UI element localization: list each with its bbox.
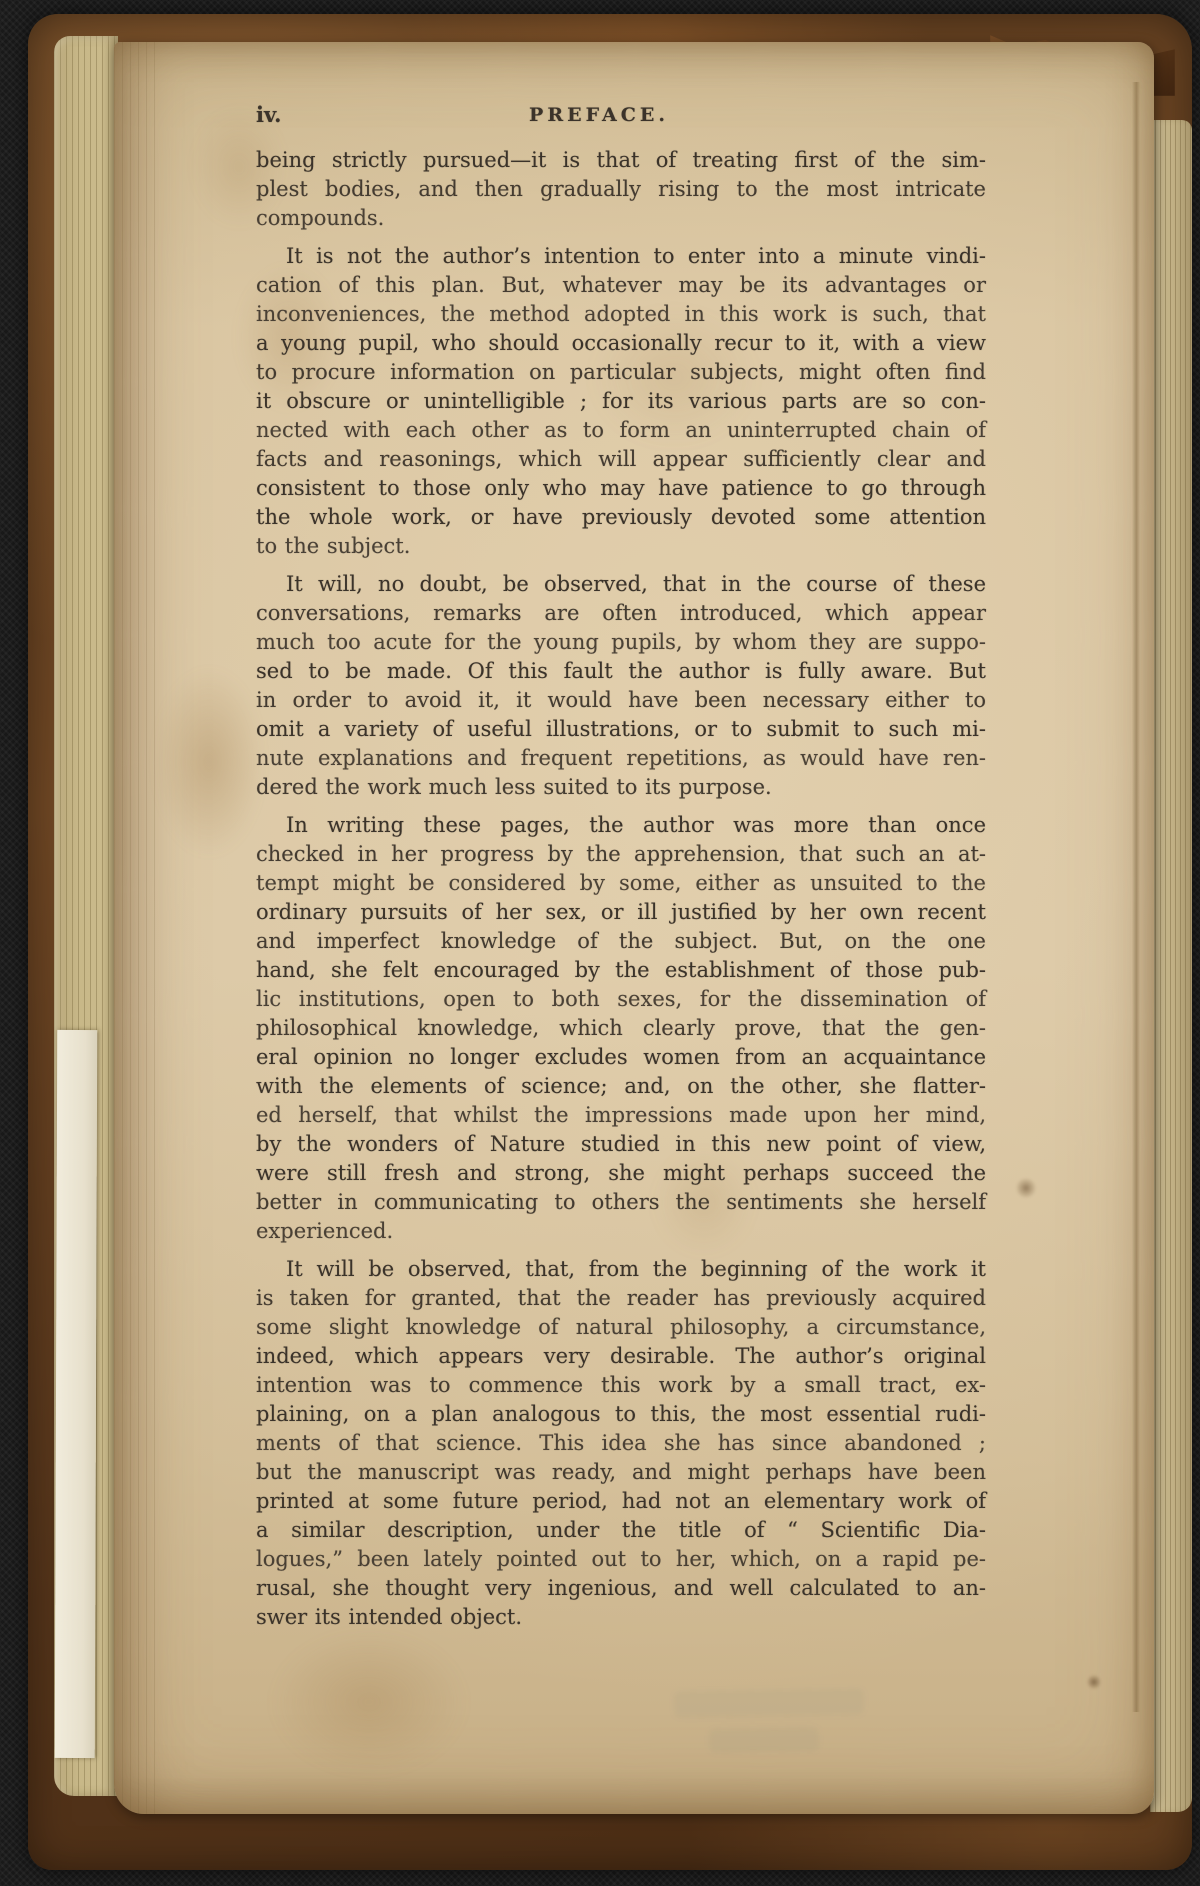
- text-line: in order to avoid it, it would have been…: [256, 686, 986, 715]
- paper-stain: [1012, 1174, 1040, 1202]
- text-line: compounds.: [256, 204, 986, 233]
- text-line: facts and reasonings, which will appear …: [256, 445, 986, 474]
- text-line: experienced.: [256, 1217, 986, 1246]
- text-line: nute explanations and frequent repetitio…: [256, 744, 986, 773]
- text-line: to procure information on particular sub…: [256, 358, 986, 387]
- text-line: eral opinion no longer excludes women fr…: [256, 1043, 986, 1072]
- text-line: intention was to commence this work by a…: [256, 1371, 986, 1400]
- photo-background: iv. PREFACE. being strictly pursued—it i…: [0, 0, 1200, 1886]
- text-line: rusal, she thought very ingenious, and w…: [256, 1574, 986, 1603]
- page-number: iv.: [256, 102, 281, 127]
- text-line: but the manuscript was ready, and might …: [256, 1458, 986, 1487]
- ink-show-through: [614, 1670, 914, 1810]
- text-line: dered the work much less suited to its p…: [256, 773, 986, 802]
- preface-text: being strictly pursued—it is that of tre…: [256, 146, 986, 1632]
- text-line: better in communicating to others the se…: [256, 1188, 986, 1217]
- text-line: is taken for granted, that the reader ha…: [256, 1284, 986, 1313]
- text-line: hand, she felt encouraged by the establi…: [256, 956, 986, 985]
- paragraph: It will be observed, that, from the begi…: [256, 1255, 986, 1632]
- book-page: iv. PREFACE. being strictly pursued—it i…: [114, 42, 1154, 1814]
- gutter-shadow: [114, 42, 156, 1814]
- text-line: plest bodies, and then gradually rising …: [256, 175, 986, 204]
- text-line: checked in her progress by the apprehens…: [256, 840, 986, 869]
- text-line: It is not the author’s intention to ente…: [256, 242, 986, 271]
- text-line: it obscure or unintelligible ; for its v…: [256, 387, 986, 416]
- text-line: printed at some future period, had not a…: [256, 1487, 986, 1516]
- text-line: inconveniences, the method adopted in th…: [256, 300, 986, 329]
- paragraph: It is not the author’s intention to ente…: [256, 242, 986, 561]
- text-line: ordinary pursuits of her sex, or ill jus…: [256, 898, 986, 927]
- ink-show-through-mark: [674, 1688, 864, 1717]
- page-header: iv. PREFACE.: [256, 100, 986, 132]
- text-line: omit a variety of useful illustrations, …: [256, 715, 986, 744]
- text-line: a similar description, under the title o…: [256, 1516, 986, 1545]
- text-line: sed to be made. Of this fault the author…: [256, 657, 986, 686]
- text-line: a young pupil, who should occasionally r…: [256, 329, 986, 358]
- page-fore-edge: [1150, 120, 1192, 1812]
- text-line: swer its intended object.: [256, 1603, 986, 1632]
- text-line: being strictly pursued—it is that of tre…: [256, 146, 986, 175]
- text-line: conversations, remarks are often introdu…: [256, 599, 986, 628]
- text-line: philosophical knowledge, which clearly p…: [256, 1014, 986, 1043]
- running-title: PREFACE.: [529, 104, 669, 126]
- text-line: logues,” been lately pointed out to her,…: [256, 1545, 986, 1574]
- text-line: nected with each other as to form an uni…: [256, 416, 986, 445]
- page-crease: [1132, 82, 1140, 1712]
- text-line: tempt might be considered by some, eithe…: [256, 869, 986, 898]
- text-line: consistent to those only who may have pa…: [256, 474, 986, 503]
- paragraph: In writing these pages, the author was m…: [256, 811, 986, 1246]
- text-line: to the subject.: [256, 532, 986, 561]
- text-block: iv. PREFACE. being strictly pursued—it i…: [256, 100, 986, 1641]
- text-line: with the elements of science; and, on th…: [256, 1072, 986, 1101]
- text-line: In writing these pages, the author was m…: [256, 811, 986, 840]
- text-line: and imperfect knowledge of the subject. …: [256, 927, 986, 956]
- text-line: plaining, on a plan analogous to this, t…: [256, 1400, 986, 1429]
- text-line: by the wonders of Nature studied in this…: [256, 1130, 986, 1159]
- text-line: It will be observed, that, from the begi…: [256, 1255, 986, 1284]
- text-line: cation of this plan. But, whatever may b…: [256, 271, 986, 300]
- text-line: ments of that science. This idea she has…: [256, 1429, 986, 1458]
- text-line: lic institutions, open to both sexes, fo…: [256, 985, 986, 1014]
- bookmark-strip: [55, 1030, 98, 1758]
- paper-stain: [1084, 1672, 1104, 1692]
- paragraph: being strictly pursued—it is that of tre…: [256, 146, 986, 233]
- text-line: were still fresh and strong, she might p…: [256, 1159, 986, 1188]
- paragraph: It will, no doubt, be observed, that in …: [256, 570, 986, 802]
- ink-show-through-mark: [709, 1727, 819, 1753]
- text-line: some slight knowledge of natural philoso…: [256, 1313, 986, 1342]
- text-line: much too acute for the young pupils, by …: [256, 628, 986, 657]
- text-line: ed herself, that whilst the impressions …: [256, 1101, 986, 1130]
- text-line: the whole work, or have previously devot…: [256, 503, 986, 532]
- text-line: It will, no doubt, be observed, that in …: [256, 570, 986, 599]
- text-line: indeed, which appears very desirable. Th…: [256, 1342, 986, 1371]
